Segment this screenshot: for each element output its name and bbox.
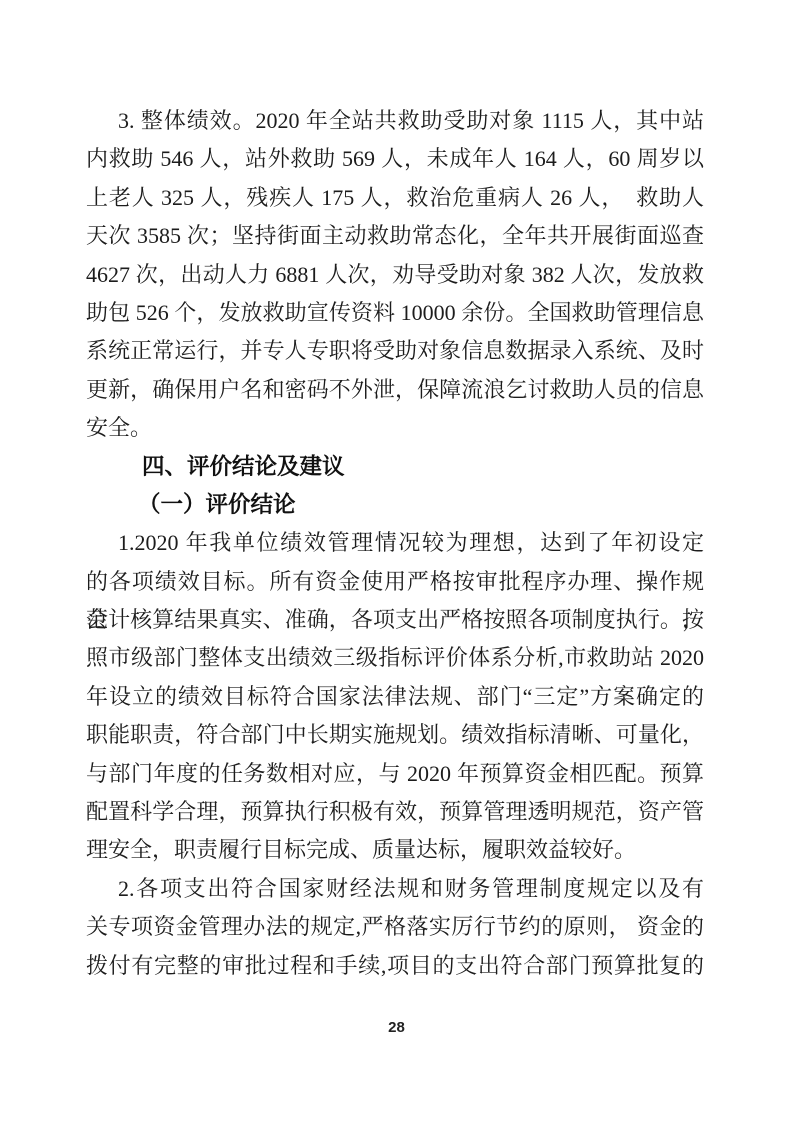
paragraph-line: 配置科学合理，预算执行积极有效，预算管理透明规范，资产管 <box>86 793 704 831</box>
paragraph-line: 天次 3585 次；坚持街面主动救助常态化，全年共开展街面巡查 <box>86 217 704 255</box>
paragraph-line: 关专项资金管理办法的规定,严格落实厉行节约的原则， 资金的 <box>86 908 704 946</box>
paragraph-line: 拨付有完整的审批过程和手续,项目的支出符合部门预算批复的 <box>86 947 704 985</box>
document-page: 3. 整体绩效。2020 年全站共救助受助对象 1115 人，其中站 内救助 5… <box>0 0 793 1122</box>
paragraph-line: 年设立的绩效目标符合国家法律法规、部门“三定”方案确定的 <box>86 678 704 716</box>
paragraph-line: 2.各项支出符合国家财经法规和财务管理制度规定以及有 <box>86 870 704 908</box>
paragraph-line: 系统正常运行，并专人专职将受助对象信息数据录入系统、及时 <box>86 332 704 370</box>
paragraph-line: 1.2020 年我单位绩效管理情况较为理想，达到了年初设定 <box>86 524 704 562</box>
document-body: 3. 整体绩效。2020 年全站共救助受助对象 1115 人，其中站 内救助 5… <box>86 102 704 985</box>
paragraph-line: 会计核算结果真实、准确，各项支出严格按照各项制度执行。按 <box>86 601 704 639</box>
page-number: 28 <box>0 1019 793 1036</box>
paragraph-line: 与部门年度的任务数相对应，与 2020 年预算资金相匹配。预算 <box>86 755 704 793</box>
paragraph-line: 职能职责，符合部门中长期实施规划。绩效指标清晰、可量化， <box>86 716 704 754</box>
paragraph-line: 更新，确保用户名和密码不外泄，保障流浪乞讨救助人员的信息 <box>86 371 704 409</box>
paragraph-line: 的各项绩效目标。所有资金使用严格按审批程序办理、操作规范， <box>86 563 704 601</box>
paragraph-line: 3. 整体绩效。2020 年全站共救助受助对象 1115 人，其中站 <box>86 102 704 140</box>
paragraph-line: 安全。 <box>86 409 704 447</box>
paragraph-line: 照市级部门整体支出绩效三级指标评价体系分析,市救助站 2020 <box>86 639 704 677</box>
paragraph-line: 助包 526 个，发放救助宣传资料 10000 余份。全国救助管理信息 <box>86 294 704 332</box>
subsection-heading: （一）评价结论 <box>86 486 704 524</box>
paragraph-line: 上老人 325 人，残疾人 175 人，救治危重病人 26 人， 救助人 <box>86 179 704 217</box>
paragraph-line: 内救助 546 人，站外救助 569 人，未成年人 164 人，60 周岁以 <box>86 140 704 178</box>
paragraph-line: 理安全，职责履行目标完成、质量达标，履职效益较好。 <box>86 831 704 869</box>
paragraph-line: 4627 次，出动人力 6881 人次，劝导受助对象 382 人次，发放救 <box>86 256 704 294</box>
section-heading: 四、评价结论及建议 <box>86 448 704 486</box>
